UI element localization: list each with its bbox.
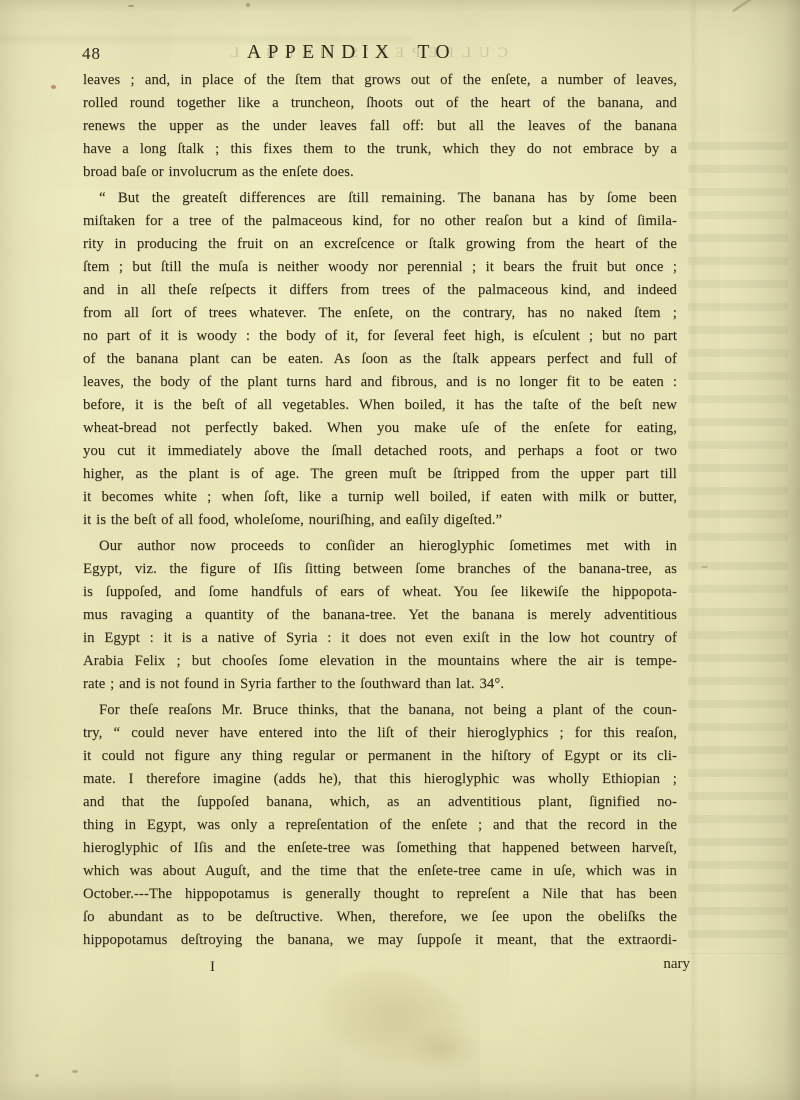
text-line: in Egypt : it is a native of Syria : it …: [83, 627, 677, 650]
text-line: wheat-bread not perfectly baked. When yo…: [83, 417, 677, 440]
text-line: it could not figure any thing regular or…: [83, 745, 677, 768]
text-line: before, it is the beſt of all vegetables…: [83, 394, 677, 417]
text-line: of the banana plant can be eaten. As ſoo…: [83, 348, 677, 371]
text-line: higher, as the plant is of age. The gree…: [83, 463, 677, 486]
text-line: try, “ could never have entered into the…: [83, 722, 677, 745]
text-line: mate. I therefore imagine (adds he), tha…: [83, 768, 677, 791]
text-line: and in all theſe reſpects it differs fro…: [83, 279, 677, 302]
ink-speck: [72, 1070, 78, 1073]
text-line: it becomes white ; when ſoft, like a tur…: [83, 486, 677, 509]
text-line: Egypt, viz. the figure of Iſis ſitting b…: [83, 558, 677, 581]
catchword: nary: [663, 953, 690, 976]
text-line: Our author now proceeds to conſider an h…: [83, 535, 677, 558]
ink-speck: [246, 3, 250, 7]
text-line: rity in producing the fruit on an excreſ…: [83, 233, 677, 256]
page-number: 48: [82, 44, 101, 64]
text-line: leaves, the body of the plant turns hard…: [83, 371, 677, 394]
ink-speck: [35, 1074, 39, 1077]
paragraph: leaves ; and, in place of the ſtem that …: [83, 69, 677, 184]
text-line: have a long ſtalk ; this fixes them to t…: [83, 138, 677, 161]
fold-line: [692, 0, 695, 1100]
running-header: APPENDIX TO: [247, 42, 456, 64]
text-line: mus ravaging a quantity of the banana-tr…: [83, 604, 677, 627]
show-through-lines: [688, 142, 788, 542]
text-line: rate ; and is not found in Syria farther…: [83, 673, 677, 696]
text-line: hieroglyphic of Iſis and the enſete-tree…: [83, 837, 677, 860]
signature-mark: I: [210, 956, 215, 979]
paragraph: For theſe reaſons Mr. Bruce thinks, that…: [83, 699, 677, 952]
text-line: October.---The hippopotamus is generally…: [83, 883, 677, 906]
text-line: broad baſe or involucrum as the enſete d…: [83, 161, 677, 184]
text-line: ſtem ; but ſtill the muſa is neither woo…: [83, 256, 677, 279]
paragraph: Our author now proceeds to conſider an h…: [83, 535, 677, 696]
text-line: is ſuppoſed, and ſome handfuls of ears o…: [83, 581, 677, 604]
text-line: no part of it is woody : the body of it,…: [83, 325, 677, 348]
crease-mark: [732, 0, 751, 12]
ink-speck: [128, 5, 134, 7]
text-line: ſo abundant as to be deſtructive. When, …: [83, 906, 677, 929]
text-block: leaves ; and, in place of the ſtem that …: [83, 69, 677, 952]
text-line: renews the upper as the under leaves fal…: [83, 115, 677, 138]
text-line: it is the beſt of all food, wholeſome, n…: [83, 509, 677, 532]
stain: [408, 1028, 478, 1072]
text-line: For theſe reaſons Mr. Bruce thinks, that…: [83, 699, 677, 722]
text-line: leaves ; and, in place of the ſtem that …: [83, 69, 677, 92]
text-line: miſtaken for a tree of the palmaceous ki…: [83, 210, 677, 233]
ink-speck: [51, 85, 56, 89]
show-through-lines: [688, 562, 788, 954]
text-line: which was about Auguſt, and the time tha…: [83, 860, 677, 883]
text-line: Arabia Felix ; but chooſes ſome elevatio…: [83, 650, 677, 673]
text-line: “ But the greateſt differences are ſtill…: [83, 187, 677, 210]
text-line: you cut it immediately above the ſmall d…: [83, 440, 677, 463]
text-line: rolled round together like a truncheon, …: [83, 92, 677, 115]
text-line: from all ſort of trees whatever. The enſ…: [83, 302, 677, 325]
ink-speck: [701, 566, 708, 568]
paragraph: “ But the greateſt differences are ſtill…: [83, 187, 677, 532]
text-line: and that the ſuppoſed banana, which, as …: [83, 791, 677, 814]
text-line: thing in Egypt, was only a repreſentatio…: [83, 814, 677, 837]
page-scan: CULPEPER'S HERBAL 48 APPENDIX TO leaves …: [0, 0, 800, 1100]
text-line: hippopotamus deſtroying the banana, we m…: [83, 929, 677, 952]
